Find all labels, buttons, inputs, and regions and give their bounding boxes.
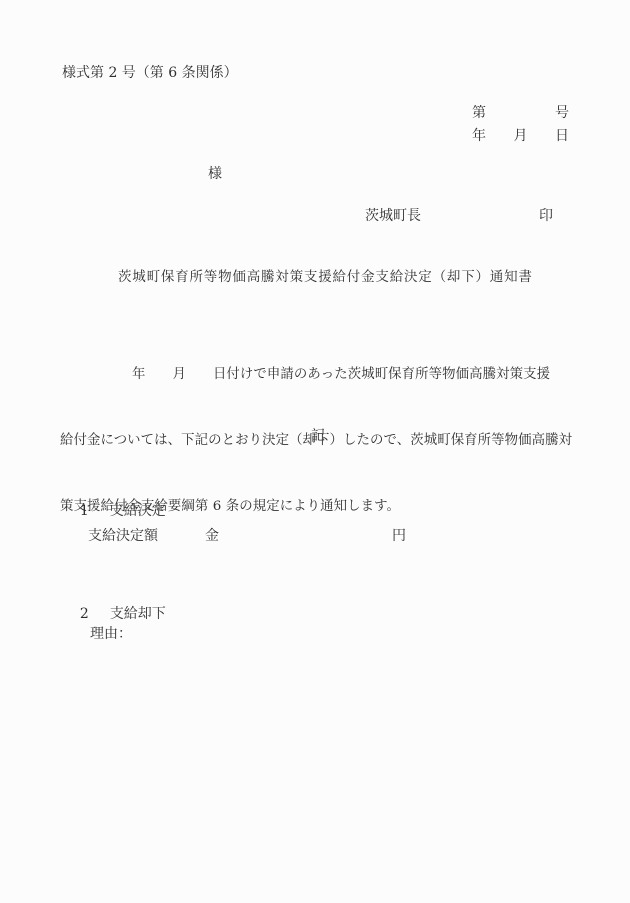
- section-1-heading: 支給決定: [110, 503, 166, 519]
- issuer-name: 茨城町長: [365, 205, 421, 225]
- date-year-label: 年: [472, 125, 486, 145]
- date-line: 年 月 日: [472, 125, 569, 145]
- grant-amount-unit: 円: [392, 525, 406, 545]
- rejection-reason-label: 理由：: [90, 623, 132, 643]
- date-day-label: 日: [555, 125, 569, 145]
- date-month-label: 月: [514, 125, 528, 145]
- section-2-heading: 支給却下: [110, 606, 166, 622]
- form-number-label: 様式第 2 号（第 6 条関係）: [62, 62, 238, 82]
- section-1-number: 1: [80, 503, 110, 519]
- document-number-line: 第 号: [472, 102, 569, 122]
- grant-amount-currency-prefix: 金: [205, 525, 219, 545]
- document-title: 茨城町保育所等物価高騰対策支援給付金支給決定（却下）通知書: [118, 265, 533, 285]
- doc-number-prefix: 第: [472, 102, 486, 122]
- doc-number-suffix: 号: [555, 102, 569, 122]
- issuer-line: 茨城町長 印: [365, 205, 553, 225]
- section-2-number: 2: [80, 606, 110, 622]
- ki-marker: 記: [311, 425, 325, 445]
- addressee-honorific: 様: [208, 163, 222, 183]
- grant-amount-label: 支給決定額: [88, 525, 158, 545]
- body-line-1: 年 月 日付けで申請のあった茨城町保育所等物価高騰対策支援: [60, 364, 575, 386]
- document-page: 様式第 2 号（第 6 条関係） 第 号 年 月 日 様 茨城町長 印 茨城町保…: [0, 0, 630, 903]
- issuer-seal-mark: 印: [539, 205, 553, 225]
